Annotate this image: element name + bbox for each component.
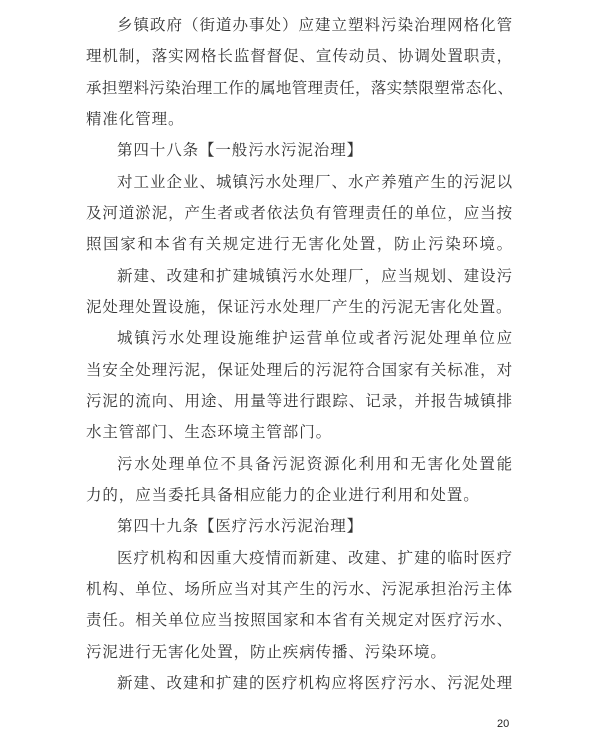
text-line: 新建、改建和扩建的医疗机构应将医疗污水、污泥处理 xyxy=(86,668,513,699)
text-line: 机构、单位、场所应当对其产生的污水、污泥承担治污主体 xyxy=(86,574,513,605)
text-line: 泥处理处置设施，保证污水处理厂产生的污泥无害化处置。 xyxy=(86,292,513,323)
text-line: 污水处理单位不具备污泥资源化利用和无害化处置能 xyxy=(86,449,513,480)
text-line: 城镇污水处理设施维护运营单位或者污泥处理单位应 xyxy=(86,323,513,354)
text-line: 及河道淤泥，产生者或者依法负有管理责任的单位，应当按 xyxy=(86,198,513,229)
page-number: 20 xyxy=(497,718,509,730)
text-line: 精准化管理。 xyxy=(86,104,513,135)
text-line: 新建、改建和扩建城镇污水处理厂，应当规划、建设污 xyxy=(86,261,513,292)
text-column: 乡镇政府（街道办事处）应建立塑料污染治理网格化管 理机制，落实网格长监督督促、宣… xyxy=(86,10,513,699)
text-line: 乡镇政府（街道办事处）应建立塑料污染治理网格化管 xyxy=(86,10,513,41)
text-line: 照国家和本省有关规定进行无害化处置，防止污染环境。 xyxy=(86,229,513,260)
article-49-heading: 第四十九条【医疗污水污泥治理】 xyxy=(86,511,513,542)
article-48-heading: 第四十八条【一般污水污泥治理】 xyxy=(86,135,513,166)
text-line: 污泥进行无害化处置，防止疾病传播、污染环境。 xyxy=(86,637,513,668)
text-line: 当安全处理污泥，保证处理后的污泥符合国家有关标准，对 xyxy=(86,355,513,386)
text-line: 对工业企业、城镇污水处理厂、水产养殖产生的污泥以 xyxy=(86,167,513,198)
text-line: 医疗机构和因重大疫情而新建、改建、扩建的临时医疗 xyxy=(86,543,513,574)
text-line: 承担塑料污染治理工作的属地管理责任，落实禁限塑常态化、 xyxy=(86,73,513,104)
document-page: 乡镇政府（街道办事处）应建立塑料污染治理网格化管 理机制，落实网格长监督督促、宣… xyxy=(0,0,600,737)
text-line: 力的，应当委托具备相应能力的企业进行利用和处置。 xyxy=(86,480,513,511)
text-line: 理机制，落实网格长监督督促、宣传动员、协调处置职责， xyxy=(86,41,513,72)
text-line: 水主管部门、生态环境主管部门。 xyxy=(86,417,513,448)
text-line: 责任。相关单位应当按照国家和本省有关规定对医疗污水、 xyxy=(86,605,513,636)
text-line: 污泥的流向、用途、用量等进行跟踪、记录，并报告城镇排 xyxy=(86,386,513,417)
